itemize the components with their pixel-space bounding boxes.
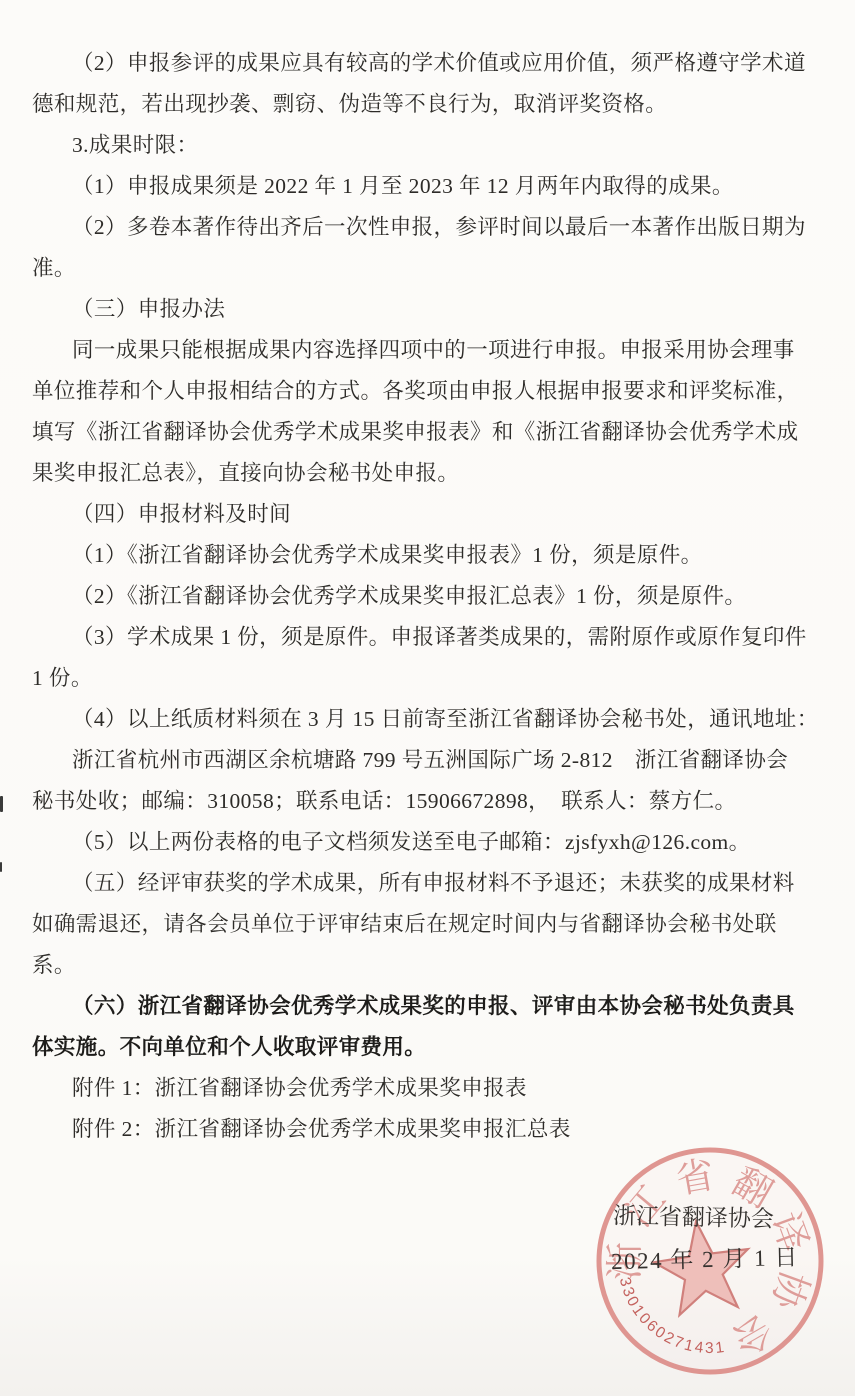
doc-line: 准。 (32, 248, 855, 289)
doc-line: （1）申报成果须是 2022 年 1 月至 2023 年 12 月两年内取得的成… (32, 166, 855, 207)
doc-line: （2）申报参评的成果应具有较高的学术价值或应用价值，须严格遵守学术道 (32, 43, 855, 84)
doc-line: （四）申报材料及时间 (32, 494, 855, 535)
seal-ring-char: 翻 (725, 1161, 779, 1216)
doc-line: 附件 1：浙江省翻译协会优秀学术成果奖申报表 (32, 1068, 855, 1109)
seal-ring-char: 江 (617, 1179, 674, 1235)
doc-line: 单位推荐和个人申报相结合的方式。各奖项由申报人根据申报要求和评奖标准， (32, 371, 855, 412)
seal-ring-char: 译 (763, 1207, 815, 1257)
doc-line: （1）《浙江省翻译协会优秀学术成果奖申报表》1 份，须是原件。 (32, 535, 855, 576)
doc-line: 秘书处收；邮编：310058；联系电话：15906672898， 联系人：蔡方仁… (32, 781, 855, 822)
seal-ring-char: 会 (725, 1306, 779, 1361)
scan-artifact (0, 862, 2, 872)
seal-ring-char: 省 (673, 1154, 718, 1202)
doc-line: 果奖申报汇总表》，直接向协会秘书处申报。 (32, 453, 855, 494)
doc-line: （六）浙江省翻译协会优秀学术成果奖的申报、评审由本协会秘书处负责具 (32, 986, 855, 1027)
document-page: （2）申报参评的成果应具有较高的学术价值或应用价值，须严格遵守学术道德和规范，若… (0, 0, 855, 1396)
doc-line: （3）学术成果 1 份，须是原件。申报译著类成果的，需附原作或原作复印件 (32, 617, 855, 658)
official-seal: 浙江省翻译协会3301060271431 (583, 1130, 839, 1396)
stamp-date-text: 2024 年 2 月 1 日 (611, 1239, 799, 1276)
scan-artifact (0, 796, 3, 812)
doc-line: 浙江省杭州市西湖区余杭塘路 799 号五洲国际广场 2-812 浙江省翻译协会 (32, 740, 855, 781)
seal-ring (599, 1150, 821, 1372)
doc-line: 体实施。不向单位和个人收取评审费用。 (32, 1027, 855, 1068)
document-body: （2）申报参评的成果应具有较高的学术价值或应用价值，须严格遵守学术道德和规范，若… (32, 43, 855, 1150)
doc-line: 同一成果只能根据成果内容选择四项中的一项进行申报。申报采用协会理事 (32, 330, 855, 371)
doc-line: 填写《浙江省翻译协会优秀学术成果奖申报表》和《浙江省翻译协会优秀学术成 (32, 412, 855, 453)
doc-line: （2）《浙江省翻译协会优秀学术成果奖申报汇总表》1 份，须是原件。 (32, 576, 855, 617)
doc-line: 系。 (32, 945, 855, 986)
seal-ring-char: 浙 (605, 1242, 647, 1280)
doc-line: （五）经评审获奖的学术成果，所有申报材料不予退还；未获奖的成果材料 (32, 863, 855, 904)
doc-line: 附件 2：浙江省翻译协会优秀学术成果奖申报汇总表 (32, 1109, 855, 1150)
doc-line: （2）多卷本著作待出齐后一次性申报，参评时间以最后一本著作出版日期为 (32, 207, 855, 248)
doc-line: （5）以上两份表格的电子文档须发送至电子邮箱：zjsfyxh@126.com。 (32, 822, 855, 863)
doc-line: （三）申报办法 (32, 289, 855, 330)
seal-serial-number: 3301060271431 (616, 1276, 728, 1357)
doc-line: 德和规范，若出现抄袭、剽窃、伪造等不良行为，取消评奖资格。 (32, 84, 855, 125)
doc-line: 1 份。 (32, 658, 855, 699)
doc-line: 3.成果时限： (32, 125, 855, 166)
stamp-organization-text: 浙江省翻译协会 (613, 1197, 775, 1233)
doc-line: 如确需退还，请各会员单位于评审结束后在规定时间内与省翻译协会秘书处联 (32, 904, 855, 945)
seal-ring-char: 协 (762, 1265, 815, 1317)
seal-star-icon (654, 1222, 748, 1316)
doc-line: （4）以上纸质材料须在 3 月 15 日前寄至浙江省翻译协会秘书处，通讯地址： (32, 699, 855, 740)
